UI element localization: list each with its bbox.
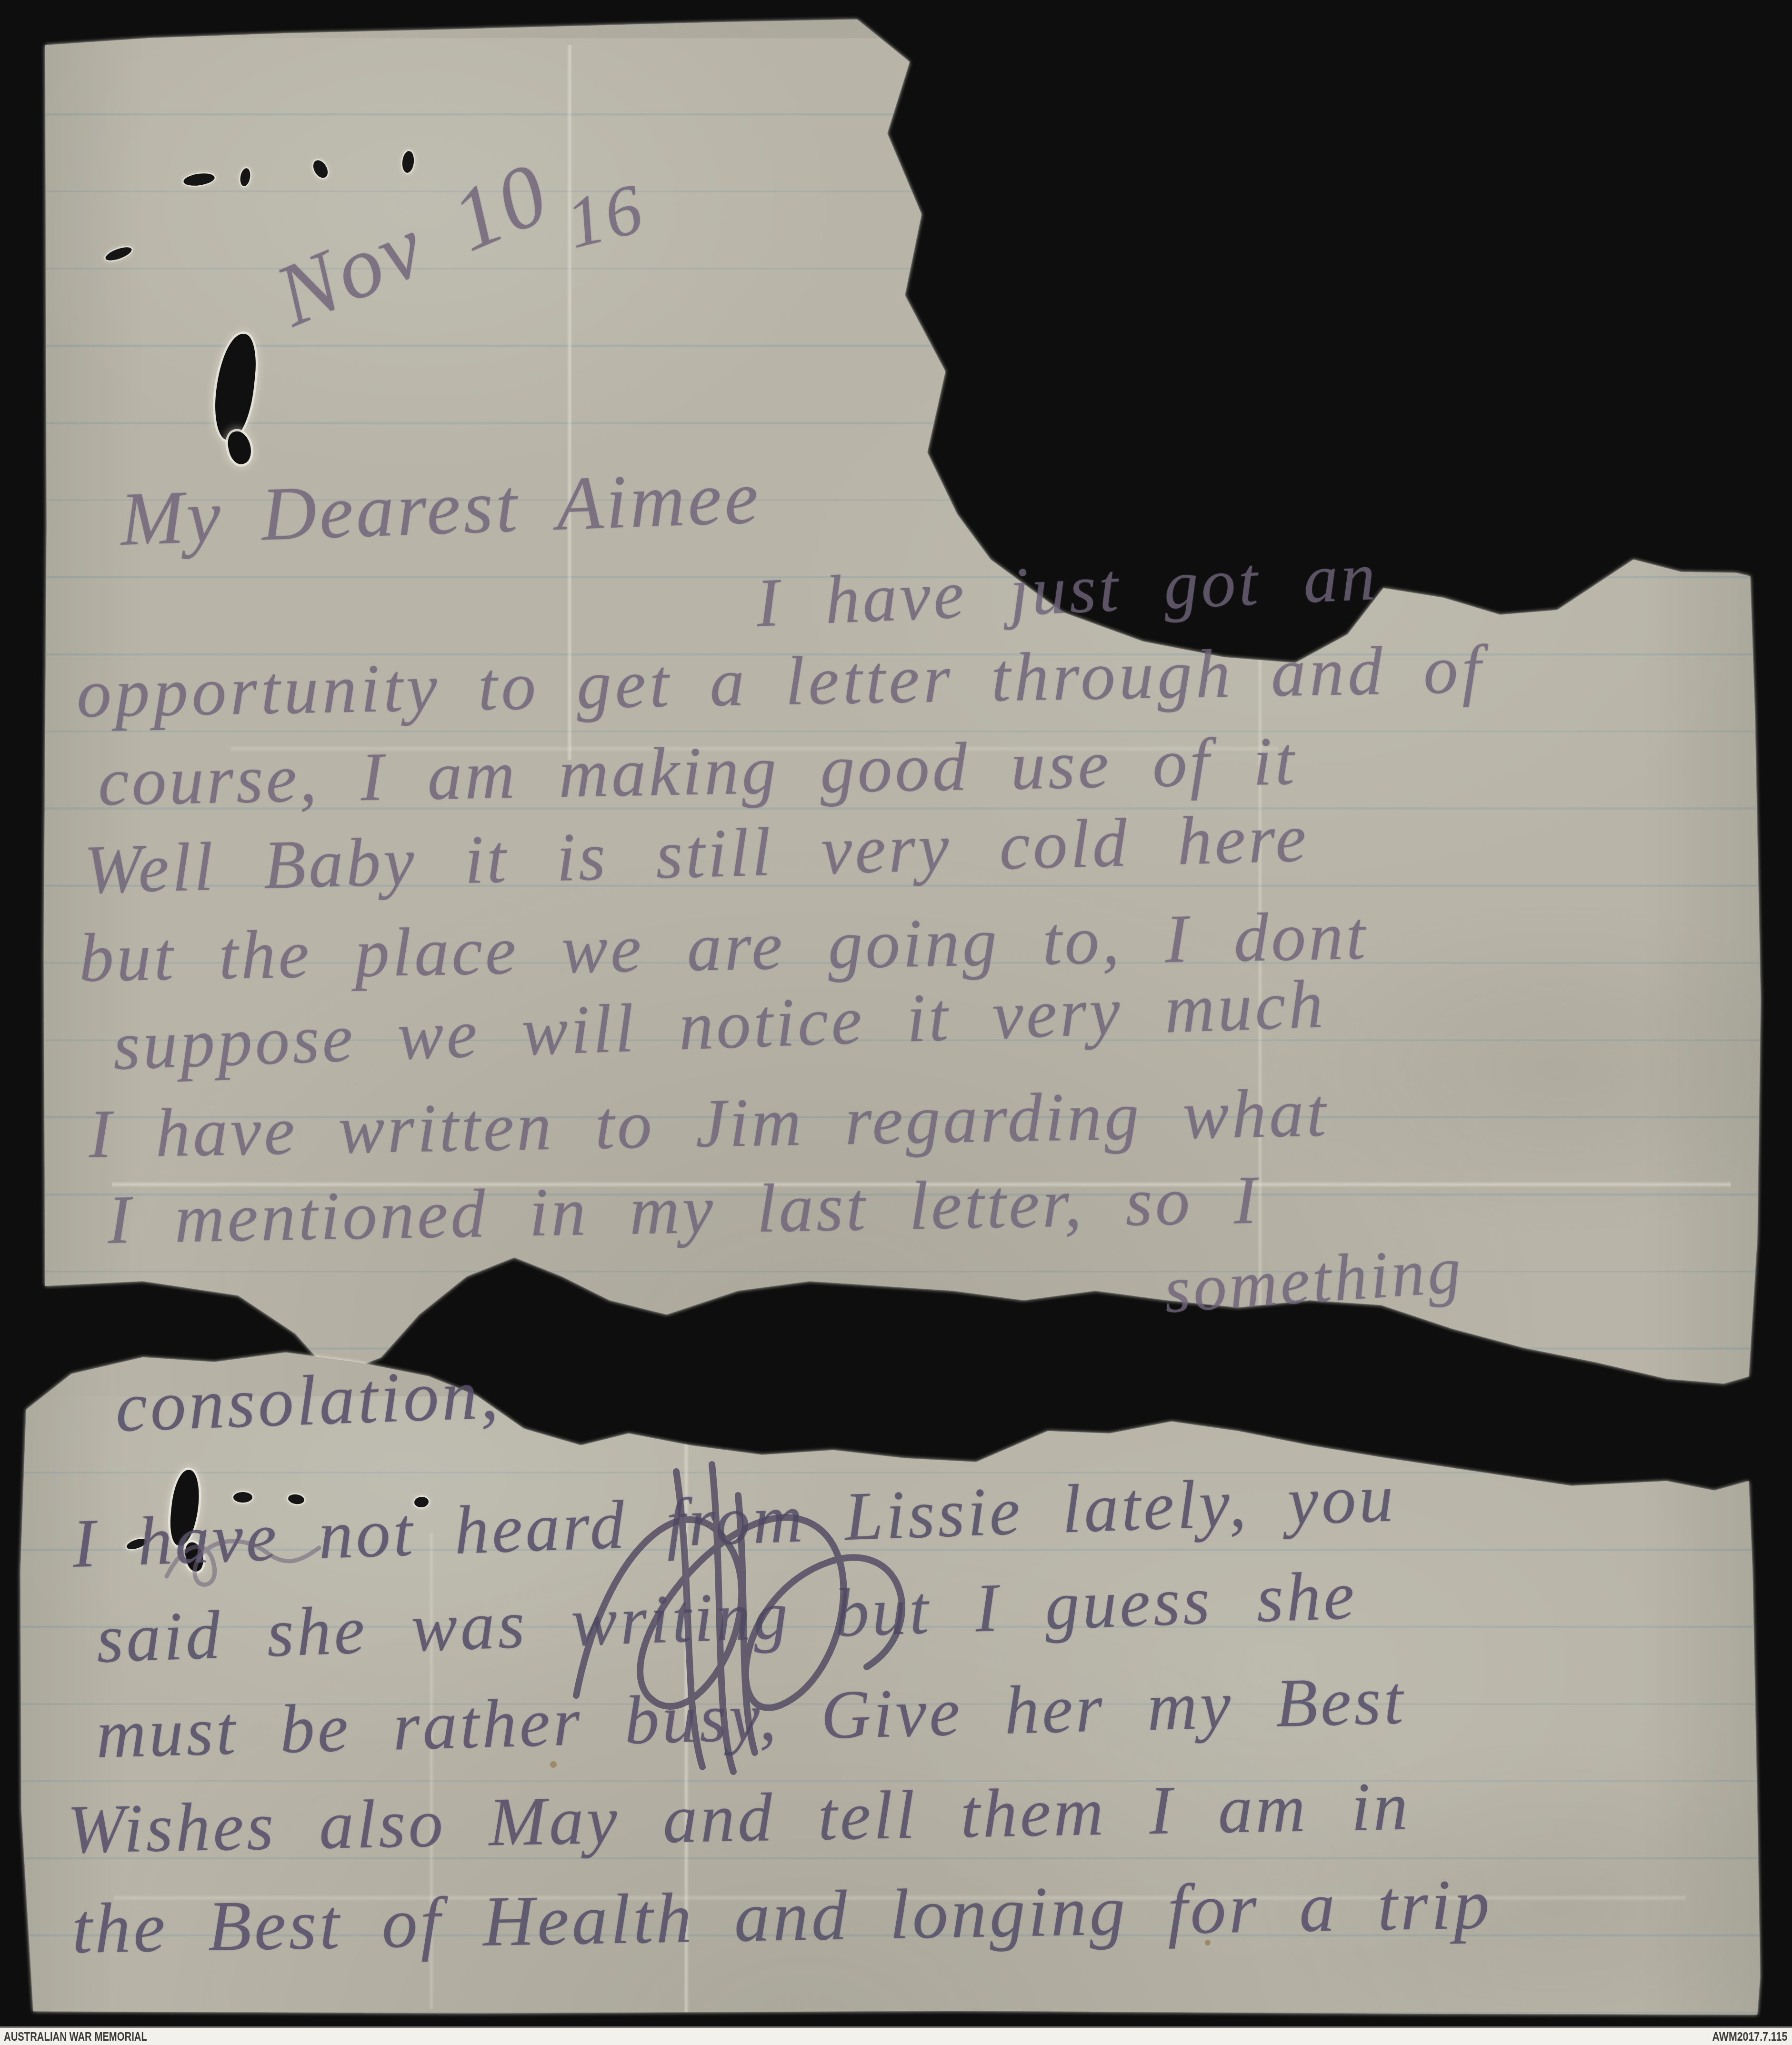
handwriting-salutation: My Dearest Aimee (119, 459, 762, 557)
pencil-scribble (157, 1519, 329, 1595)
handwriting-line: I mentioned in my last letter, so I (107, 1166, 1260, 1255)
handwriting-layer: Nov 10 16 My Dearest Aimee I have just g… (0, 0, 1792, 2045)
handwriting-line: opportunity to get a letter through and … (76, 635, 1485, 729)
institution-label: AUSTRALIAN WAR MEMORIAL (4, 2029, 147, 2044)
reference-number: AWM2017.7.115 (1712, 2029, 1787, 2044)
handwriting-line: Well Baby it is still very cold here (83, 804, 1310, 905)
handwriting-line: something (1162, 1236, 1466, 1324)
scanned-letter-page: Nov 10 16 My Dearest Aimee I have just g… (0, 0, 1792, 2045)
handwriting-line: course, I am making good use of it (98, 727, 1298, 817)
handwriting-line: I have just got an (755, 542, 1380, 638)
handwriting-line: I have written to Jim regarding what (88, 1079, 1329, 1169)
handwriting-line: consolation, (114, 1358, 502, 1443)
handwriting-date-year: 16 (560, 172, 651, 260)
handwriting-line: Wishes also May and tell them I am in (67, 1772, 1411, 1865)
pencil-scribble (533, 1438, 962, 1781)
handwriting-line: the Best of Health and longing for a tri… (71, 1868, 1493, 1965)
handwriting-date: Nov 10 (264, 148, 561, 341)
footer-bar: AUSTRALIAN WAR MEMORIAL AWM2017.7.115 (0, 2026, 1792, 2045)
